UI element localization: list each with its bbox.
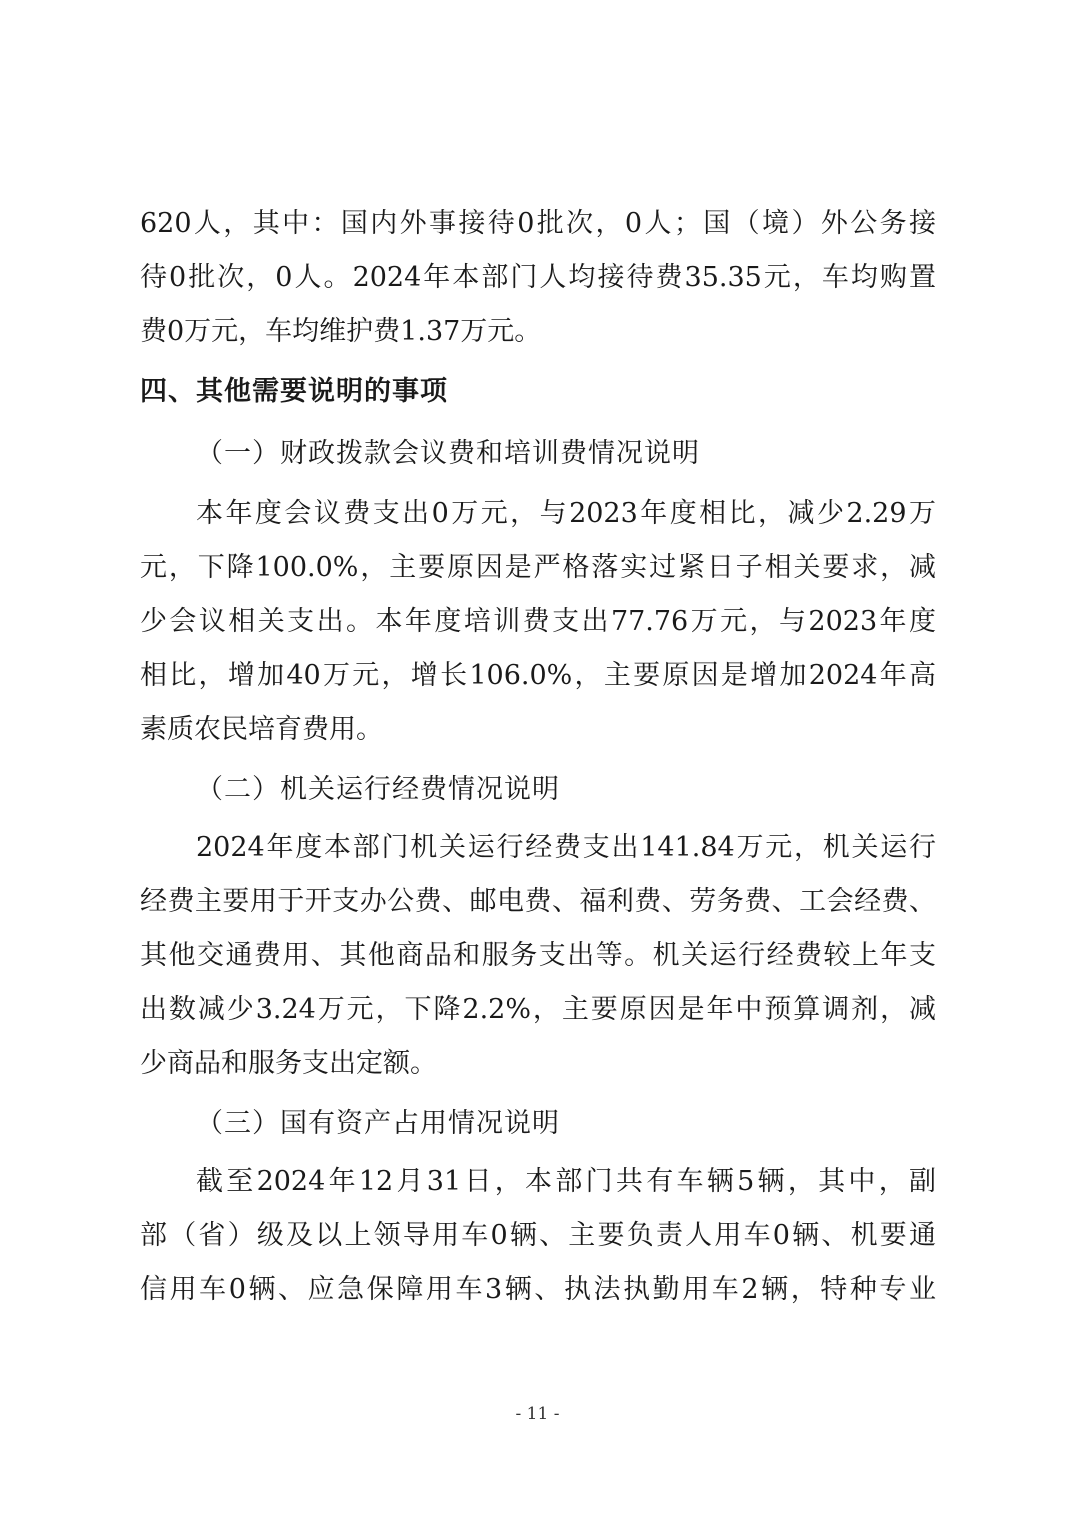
paragraph-line: 经费主要用于开支办公费、邮电费、福利费、劳务费、工会经费、 xyxy=(140,884,936,920)
subsection-heading-operating-expenses: （二）机关运行经费情况说明 xyxy=(196,772,560,808)
paragraph-line: 素质农民培育费用。 xyxy=(140,712,936,748)
paragraph-line: 费0万元，车均维护费1.37万元。 xyxy=(140,314,936,350)
paragraph-line: 待0批次，0人。2024年本部门人均接待费35.35元，车均购置 xyxy=(140,260,936,296)
paragraph-line: 620人，其中：国内外事接待0批次，0人；国（境）外公务接 xyxy=(140,206,936,242)
document-page: 620人，其中：国内外事接待0批次，0人；国（境）外公务接 待0批次，0人。20… xyxy=(0,0,1075,1520)
subsection-heading-state-assets: （三）国有资产占用情况说明 xyxy=(196,1106,560,1142)
paragraph-line: 相比，增加40万元，增长106.0%，主要原因是增加2024年高 xyxy=(140,658,936,694)
paragraph-line: 截至2024年12月31日，本部门共有车辆5辆，其中，副 xyxy=(196,1164,936,1200)
paragraph-line: 部（省）级及以上领导用车0辆、主要负责人用车0辆、机要通 xyxy=(140,1218,936,1254)
paragraph-line: 少商品和服务支出定额。 xyxy=(140,1046,936,1082)
paragraph-line: 其他交通费用、其他商品和服务支出等。机关运行经费较上年支 xyxy=(140,938,936,974)
paragraph-line: 信用车0辆、应急保障用车3辆、执法执勤用车2辆，特种专业 xyxy=(140,1272,936,1308)
paragraph-line: 少会议相关支出。本年度培训费支出77.76万元，与2023年度 xyxy=(140,604,936,640)
section-heading: 四、其他需要说明的事项 xyxy=(140,374,448,410)
paragraph-line: 2024年度本部门机关运行经费支出141.84万元，机关运行 xyxy=(196,830,936,866)
page-number: - 11 - xyxy=(0,1404,1075,1424)
subsection-heading-meeting-training: （一）财政拨款会议费和培训费情况说明 xyxy=(196,436,700,472)
paragraph-line: 元，下降100.0%，主要原因是严格落实过紧日子相关要求，减 xyxy=(140,550,936,586)
paragraph-line: 出数减少3.24万元，下降2.2%，主要原因是年中预算调剂，减 xyxy=(140,992,936,1028)
paragraph-line: 本年度会议费支出0万元，与2023年度相比，减少2.29万 xyxy=(196,496,936,532)
